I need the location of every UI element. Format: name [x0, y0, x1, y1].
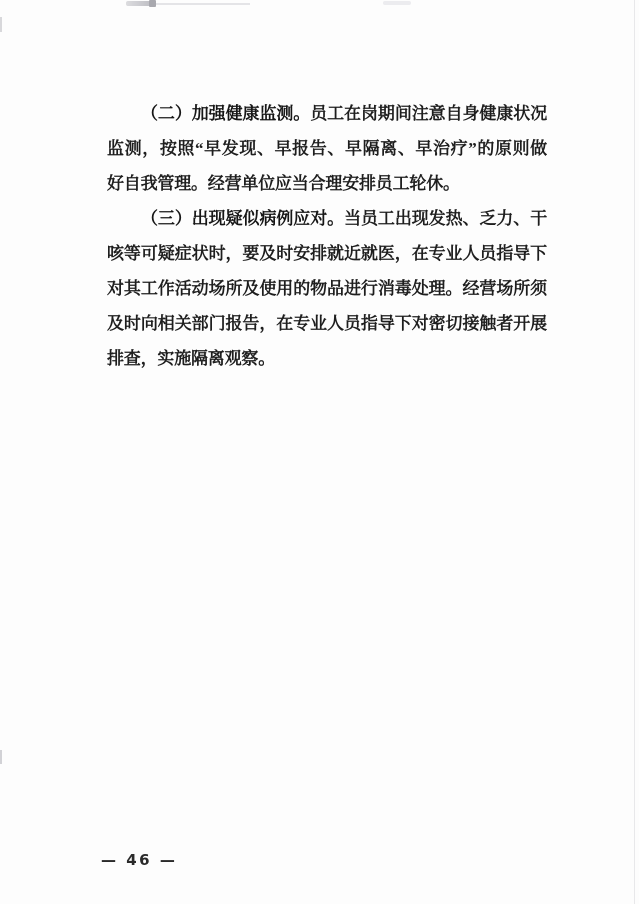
text-line: 咳等可疑症状时，要及时安排就近就医，在专业人员指导下	[107, 236, 547, 271]
text-line: （二）加强健康监测。员工在岗期间注意自身健康状况	[107, 96, 547, 131]
page-number: — 46 —	[101, 851, 177, 869]
document-page: （二）加强健康监测。员工在岗期间注意自身健康状况 监测，按照“早发现、早报告、早…	[0, 0, 639, 904]
section-heading: （二）加强健康监测。	[141, 104, 310, 123]
body-text: 及时向相关部门报告，在专业人员指导下对密切接触者开展	[107, 314, 547, 333]
scan-edge-right-line	[634, 0, 635, 904]
scan-mark-left-upper	[0, 17, 2, 32]
body-text: 好自我管理。经营单位应当合理安排员工轮休。	[107, 174, 460, 193]
text-line: 对其工作活动场所及使用的物品进行消毒处理。经营场所须	[107, 271, 547, 306]
text-line: 好自我管理。经营单位应当合理安排员工轮休。	[107, 166, 547, 201]
body-text: 排查，实施隔离观察。	[107, 349, 275, 368]
section-heading: （三）出现疑似病例应对。	[141, 209, 344, 228]
scan-mark-left-lower	[0, 750, 2, 764]
scan-smudge-top-left	[126, 1, 156, 6]
body-text: 当员工出现发热、乏力、干	[344, 209, 547, 228]
body-text: 员工在岗期间注意自身健康状况	[310, 104, 547, 123]
text-line: 监测，按照“早发现、早报告、早隔离、早治疗”的原则做	[107, 131, 547, 166]
body-text: 对其工作活动场所及使用的物品进行消毒处理。经营场所须	[107, 279, 547, 298]
scan-smudge-top-left-dark	[149, 0, 156, 7]
scan-smudge-top-center	[383, 1, 411, 5]
body-text: 咳等可疑症状时，要及时安排就近就医，在专业人员指导下	[107, 244, 547, 263]
text-line: 排查，实施隔离观察。	[107, 341, 547, 376]
text-line: （三）出现疑似病例应对。当员工出现发热、乏力、干	[107, 201, 547, 236]
scan-smudge-top-trail	[156, 3, 250, 5]
text-line: 及时向相关部门报告，在专业人员指导下对密切接触者开展	[107, 306, 547, 341]
body-text: 监测，按照“早发现、早报告、早隔离、早治疗”的原则做	[107, 139, 547, 158]
document-body: （二）加强健康监测。员工在岗期间注意自身健康状况 监测，按照“早发现、早报告、早…	[107, 96, 547, 376]
